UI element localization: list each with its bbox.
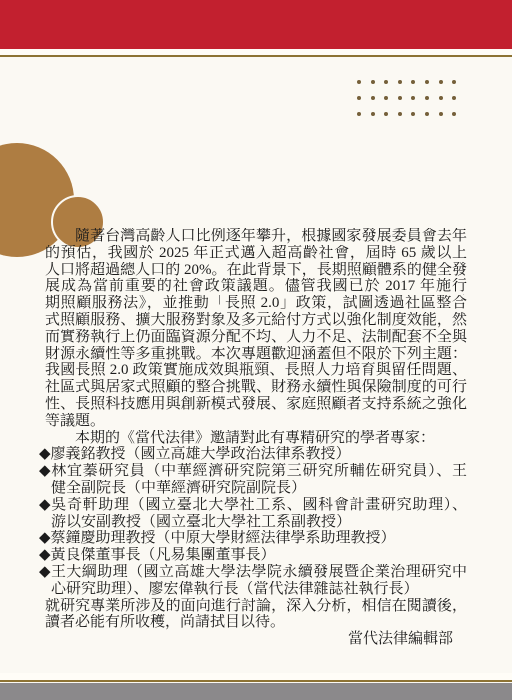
dot-icon bbox=[439, 112, 443, 116]
dot-icon bbox=[425, 112, 429, 116]
dot-icon bbox=[452, 80, 456, 84]
text-line: ◆黃良傑董事長（凡易集團董事長） bbox=[39, 547, 467, 564]
gold-divider-bottom bbox=[0, 680, 512, 682]
text-line: 人口將超過總人口的 20%。在此背景下，長期照顧體系的健全發 bbox=[45, 262, 467, 279]
text-line: 期照顧服務法》，並推動「長照 2.0」政策，試圖透過社區整合 bbox=[45, 295, 467, 312]
gold-divider-top bbox=[0, 55, 512, 57]
text-line: 就研究專業所涉及的面向進行討論，深入分析，相信在閱讀後， bbox=[45, 598, 467, 615]
dot-icon bbox=[439, 80, 443, 84]
text-line: ◆吳奇軒助理（國立臺北大學社工系、國科會計畫研究助理）、 bbox=[39, 497, 467, 514]
dot-icon bbox=[398, 112, 402, 116]
dot-icon bbox=[452, 96, 456, 100]
dot-icon bbox=[384, 112, 388, 116]
dot-icon bbox=[384, 96, 388, 100]
top-red-band bbox=[0, 0, 512, 49]
text-line: 社區式與居家式照顧的整合挑戰、財務永續性與保險制度的可行 bbox=[45, 379, 467, 396]
text-line: 游以安副教授（國立臺北大學社工系副教授） bbox=[45, 514, 467, 531]
dot-icon bbox=[452, 112, 456, 116]
dot-icon bbox=[411, 96, 415, 100]
text-line: 財源永續性等多重挑戰。本次專題歡迎涵蓋但不限於下列主題： bbox=[45, 346, 467, 363]
dot-icon bbox=[439, 96, 443, 100]
text-line: 本期的《當代法律》邀請對此有專精研究的學者專家： bbox=[45, 430, 467, 447]
dot-icon bbox=[371, 80, 375, 84]
text-line: 等議題。 bbox=[45, 413, 467, 430]
text-line: 健全副院長（中華經濟研究院副院長） bbox=[45, 480, 467, 497]
dot-icon bbox=[425, 96, 429, 100]
dot-icon bbox=[384, 80, 388, 84]
text-line: 性、長照科技應用與創新模式發展、家庭照顧者支持系統之強化 bbox=[45, 396, 467, 413]
text-line: 心研究助理）、廖宏偉執行長（當代法律雜誌社執行長） bbox=[45, 581, 467, 598]
text-line: ◆廖義銘教授（國立高雄大學政治法律系教授） bbox=[39, 446, 467, 463]
text-line: ◆蔡鐘慶助理教授（中原大學財經法律學系助理教授） bbox=[39, 530, 467, 547]
dot-icon bbox=[371, 96, 375, 100]
editorial-signature: 當代法律編輯部 bbox=[45, 631, 453, 648]
dot-grid-decoration bbox=[357, 74, 466, 122]
text-line: 我國長照 2.0 政策實施成效與瓶頸、長照人力培育與留任問題、 bbox=[45, 362, 467, 379]
footer-cream-stripe bbox=[0, 673, 512, 680]
text-line: ◆林宜蓁研究員（中華經濟研究院第三研究所輔佐研究員）、王 bbox=[39, 463, 467, 480]
text-line: 展成為當前重要的社會政策議題。儘管我國已於 2017 年施行《長 bbox=[45, 278, 467, 295]
text-line: 而實務執行上仍面臨資源分配不均、人力不足、法制配套不全與 bbox=[45, 329, 467, 346]
editorial-page: 隨著台灣高齡人口比例逐年攀升，根據國家發展委員會去年的預估，我國於 2025 年… bbox=[0, 0, 512, 700]
editorial-body-text: 隨著台灣高齡人口比例逐年攀升，根據國家發展委員會去年的預估，我國於 2025 年… bbox=[45, 228, 467, 631]
dot-icon bbox=[357, 80, 361, 84]
text-line: 的預估，我國於 2025 年正式邁入超高齡社會，屆時 65 歲以上 bbox=[45, 245, 467, 262]
dot-icon bbox=[357, 96, 361, 100]
dot-icon bbox=[411, 112, 415, 116]
text-line: 讀者必能有所收穫，尚請拭目以待。 bbox=[45, 614, 467, 631]
dot-icon bbox=[398, 96, 402, 100]
dot-icon bbox=[371, 112, 375, 116]
dot-icon bbox=[425, 80, 429, 84]
dot-icon bbox=[398, 80, 402, 84]
dot-icon bbox=[411, 80, 415, 84]
footer-gray-band bbox=[0, 683, 512, 700]
dot-icon bbox=[357, 112, 361, 116]
text-line: 隨著台灣高齡人口比例逐年攀升，根據國家發展委員會去年 bbox=[45, 228, 467, 245]
text-line: ◆王大綱助理（國立高雄大學法學院永續發展暨企業治理研究中 bbox=[39, 564, 467, 581]
text-line: 式照顧服務、擴大服務對象及多元給付方式以強化制度效能，然 bbox=[45, 312, 467, 329]
